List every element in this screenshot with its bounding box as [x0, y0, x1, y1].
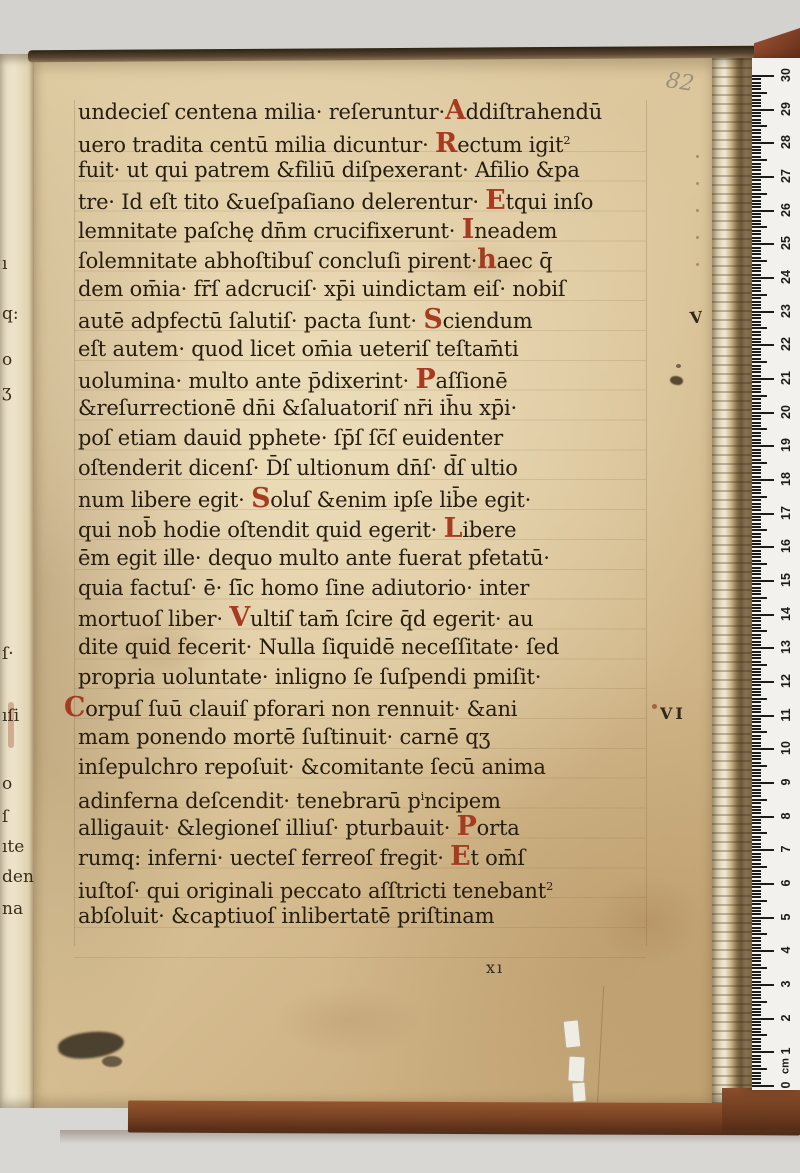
- ruler-mm-tick: [752, 910, 761, 912]
- ruler-mm-tick: [752, 368, 761, 370]
- ruler-mm-tick: [752, 1014, 761, 1016]
- ruler-cm-tick: [752, 1085, 774, 1087]
- edge-fragment: o: [2, 774, 12, 794]
- ruler-mm-tick: [752, 351, 761, 353]
- ruler-mm-tick: [752, 641, 761, 643]
- ruler-mm-tick: [752, 890, 761, 892]
- line-text: lemnitate paſchę dn̄m crucifixerunt·: [78, 219, 462, 243]
- ruler-mm-tick: [752, 684, 761, 686]
- line-text: aec q̄: [497, 249, 553, 273]
- ruler-mm-tick: [752, 832, 767, 834]
- ruler-mm-tick: [752, 290, 761, 292]
- ruler-mm-tick: [752, 519, 761, 521]
- ruler-mm-tick: [752, 223, 761, 225]
- ruler-mm-tick: [752, 516, 761, 518]
- line-text: iuſtoſ· qui originali peccato aſſtricti …: [78, 879, 546, 903]
- manuscript-photo: ıq:oʒſ·ıſioſıtedenna undecieſ centena mi…: [0, 0, 800, 1173]
- edge-fragment: ſ: [2, 807, 8, 827]
- ruler-mm-tick: [752, 866, 767, 868]
- parchment-crease: [597, 986, 604, 1108]
- margin-mark-v: V: [689, 307, 703, 327]
- ruler-mm-tick: [752, 967, 767, 969]
- line-text: ēm egit ille· dequo multo ante fuerat pf…: [78, 546, 550, 570]
- manuscript-line: quia factuſ· ē· ſīc homo ſine adiutorio·…: [78, 574, 658, 604]
- ruler-mm-tick: [752, 920, 761, 922]
- ruler-mm-tick: [752, 1082, 761, 1084]
- edge-fragment: ſ·: [2, 644, 14, 664]
- ruler-mm-tick: [752, 442, 761, 444]
- ruler-mm-tick: [752, 435, 761, 437]
- ruler-mm-tick: [752, 627, 761, 629]
- ruler-mm-tick: [752, 947, 761, 949]
- manuscript-line: uero tradita centū milia dicuntur· Rectu…: [78, 126, 658, 156]
- ruler-mm-tick: [752, 997, 761, 999]
- ruler-mm-tick: [752, 1021, 761, 1023]
- ruler-mm-tick: [752, 529, 767, 531]
- line-text: dem om̄ia· fr̄ſ adcruciſ· xp̄i uindictam…: [78, 277, 565, 301]
- ruler-mm-tick: [752, 115, 761, 117]
- ruler-mm-tick: [752, 391, 761, 393]
- ruler-mm-tick: [752, 752, 761, 754]
- line-text: ibere: [462, 518, 516, 542]
- line-text: abſoluit· &captiuoſ inlibertatē priſtina…: [78, 904, 494, 928]
- rubricated-initial: P: [415, 364, 435, 395]
- ruler-mm-tick: [752, 765, 767, 767]
- ruler-mm-tick: [752, 1041, 761, 1043]
- line-text: qui nob̄ hodie oſtendit quid egerit·: [78, 518, 444, 542]
- manuscript-line: fuit· ut qui patrem &filiū diſpexerant· …: [78, 156, 658, 186]
- leather-cover-top: [754, 28, 800, 62]
- ruler-mm-tick: [752, 758, 761, 760]
- ruler-mm-tick: [752, 280, 761, 282]
- ruler-mm-tick: [752, 1058, 761, 1060]
- ruler-mm-tick: [752, 624, 761, 626]
- ruler-mm-tick: [752, 856, 761, 858]
- ruler-mm-tick: [752, 826, 761, 828]
- ruler-mm-tick: [752, 189, 761, 191]
- ruler-mm-tick: [752, 439, 761, 441]
- ruler-mm-tick: [752, 152, 761, 154]
- manuscript-line: propria uoluntate· inligno ſe ſuſpendi p…: [78, 663, 658, 693]
- ruler-mm-tick: [752, 499, 761, 501]
- line-text: tqui inſo: [506, 190, 594, 214]
- ruler-mm-tick: [752, 132, 761, 134]
- ruler-mm-tick: [752, 1061, 761, 1063]
- ruler-mm-tick: [752, 913, 761, 915]
- ruler-mm-tick: [752, 587, 761, 589]
- ruler-mm-tick: [752, 829, 761, 831]
- edge-fragment: ıſi: [2, 706, 19, 726]
- ruler-mm-tick: [752, 937, 761, 939]
- ruler-number: 30: [779, 60, 793, 90]
- manuscript-line: dite quid fecerit· Nulla ſiquidē neceſſi…: [78, 633, 658, 663]
- line-text: propria uoluntate· inligno ſe ſuſpendi p…: [78, 665, 541, 689]
- ruler-unit-label: cm: [780, 1051, 793, 1081]
- rubricated-initial: h: [477, 244, 496, 275]
- line-text: undecieſ centena milia· reſeruntur·: [78, 100, 445, 124]
- ruler-mm-tick: [752, 425, 761, 427]
- ruler-mm-tick: [752, 206, 761, 208]
- ruler-mm-tick: [752, 354, 761, 356]
- ruler-mm-tick: [752, 971, 761, 973]
- ruler-cm-tick: [752, 344, 774, 346]
- line-text: quia factuſ· ē· ſīc homo ſine adiutorio·…: [78, 576, 529, 600]
- ruler-mm-tick: [752, 466, 761, 468]
- pricking-hole: [696, 182, 699, 185]
- ruler-mm-tick: [752, 203, 761, 205]
- ruler-mm-tick: [752, 1001, 767, 1003]
- ruling-vertical-left: [74, 100, 75, 946]
- ink-smudge-small: [676, 364, 681, 368]
- manuscript-line: mortuoſ liber· Vultiſ tam̄ ſcire q̄d ege…: [78, 603, 658, 633]
- ruler-mm-tick: [752, 452, 761, 454]
- ruler-mm-tick: [752, 230, 761, 232]
- ruler-mm-tick: [752, 668, 761, 670]
- ruler-mm-tick: [752, 957, 761, 959]
- ruler-mm-tick: [752, 923, 761, 925]
- line-text: adinferna deſcendit· tenebrarū p: [78, 789, 421, 813]
- ruler-mm-tick: [752, 264, 761, 266]
- ruler-mm-tick: [752, 92, 767, 94]
- ruler-mm-tick: [752, 678, 761, 680]
- rubricated-initial: A: [445, 95, 466, 126]
- line-text: mam ponendo mortē ſuſtinuit· carnē qʒ: [78, 725, 490, 749]
- ruler-number: 15: [779, 565, 793, 595]
- ruler-mm-tick: [752, 540, 761, 542]
- margin-red-dot: [652, 704, 657, 709]
- ruler-mm-tick: [752, 317, 761, 319]
- ruler-mm-tick: [752, 553, 761, 555]
- ruler-mm-tick: [752, 159, 767, 161]
- ruler-mm-tick: [752, 819, 761, 821]
- ruler-mm-tick: [752, 85, 761, 87]
- ruler-mm-tick: [752, 331, 761, 333]
- ruler-mm-tick: [752, 731, 767, 733]
- ruler-mm-tick: [752, 634, 761, 636]
- ruler-mm-tick: [752, 338, 761, 340]
- ruler-mm-tick: [752, 146, 761, 148]
- ruler-cm-tick: [752, 984, 774, 986]
- repair-chip: [563, 1019, 582, 1049]
- ruler-cm-tick: [752, 176, 774, 178]
- ruler-mm-tick: [752, 314, 761, 316]
- ruler-mm-tick: [752, 247, 761, 249]
- ruler-mm-tick: [752, 102, 761, 104]
- line-text: autē adpfectū ſalutiſ· pacta ſunt·: [78, 309, 423, 333]
- line-text: oluſ &enim ipſe lib̄e egit·: [270, 488, 531, 512]
- line-text: t om̄ſ: [470, 846, 524, 870]
- line-text: rumq: inferni· uecteſ ferreoſ fregit·: [78, 846, 450, 870]
- ruler-mm-tick: [752, 179, 761, 181]
- ruler-mm-tick: [752, 503, 761, 505]
- edge-fragment: ı: [2, 254, 7, 274]
- ruler-mm-tick: [752, 492, 761, 494]
- ruler-mm-tick: [752, 240, 761, 242]
- ruler-mm-tick: [752, 896, 761, 898]
- ruler-number: 12: [779, 666, 793, 696]
- ruler-mm-tick: [752, 186, 761, 188]
- ruler-mm-tick: [752, 661, 761, 663]
- manuscript-line: inſepulchro repoſuit· &comitante ſecū an…: [78, 753, 658, 783]
- ruler-mm-tick: [752, 105, 761, 107]
- line-text: fuit· ut qui patrem &filiū diſpexerant· …: [78, 158, 580, 182]
- ruler-mm-tick: [752, 365, 761, 367]
- ruler-mm-tick: [752, 927, 761, 929]
- ruler-mm-tick: [752, 873, 761, 875]
- ruler-cm-tick: [752, 75, 774, 77]
- quire-mark: xı: [486, 958, 504, 977]
- ruler-mm-tick: [752, 604, 761, 606]
- rubricated-initial: E: [450, 841, 470, 872]
- ruler-mm-tick: [752, 735, 761, 737]
- edge-fragment: q:: [2, 304, 19, 324]
- ruler-mm-tick: [752, 1078, 761, 1080]
- ruler-mm-tick: [752, 688, 761, 690]
- ink-smudge: [669, 374, 684, 387]
- ruler-mm-tick: [752, 607, 761, 609]
- ruler-mm-tick: [752, 173, 761, 175]
- ruler-mm-tick: [752, 809, 761, 811]
- ruler-mm-tick: [752, 853, 761, 855]
- book-fore-edge: [712, 52, 756, 1104]
- ruler-mm-tick: [752, 779, 761, 781]
- ruler-cm-tick: [752, 816, 774, 818]
- superscript-abbreviation: 2: [563, 133, 570, 147]
- ruler-mm-tick: [752, 233, 761, 235]
- ruler-mm-tick: [752, 1008, 761, 1010]
- line-text: uero tradita centū milia dicuntur·: [78, 133, 435, 157]
- pricking-hole: [696, 236, 699, 239]
- ruler-cm-tick: [752, 378, 774, 380]
- ruler-mm-tick: [752, 301, 761, 303]
- line-text: mortuoſ liber·: [78, 607, 229, 631]
- ruler-mm-tick: [752, 651, 761, 653]
- line-text: aſſionē: [436, 369, 508, 393]
- ruler-mm-tick: [752, 1055, 761, 1057]
- ruler-mm-tick: [752, 1065, 761, 1067]
- ruler-mm-tick: [752, 617, 761, 619]
- rubricated-initial: E: [485, 185, 505, 216]
- ruler-mm-tick: [752, 408, 761, 410]
- ruler-cm-tick: [752, 210, 774, 212]
- ruler-mm-tick: [752, 590, 761, 592]
- ruler-mm-tick: [752, 577, 761, 579]
- line-text: orpuſ ſuū clauiſ pforari non rennuit· &a…: [85, 697, 517, 721]
- line-text: ectum igit: [457, 133, 563, 157]
- ruler-mm-tick: [752, 556, 761, 558]
- ruler-mm-tick: [752, 725, 761, 727]
- ruler-mm-tick: [752, 348, 761, 350]
- ruler-mm-tick: [752, 1068, 767, 1070]
- ruler-mm-tick: [752, 250, 761, 252]
- book-shadow: [60, 1130, 800, 1144]
- ruler-number: 25: [779, 228, 793, 258]
- manuscript-line: autē adpfectū ſalutiſ· pacta ſunt· Scien…: [78, 305, 658, 335]
- ruler-mm-tick: [752, 728, 761, 730]
- edge-fragment: na: [2, 899, 23, 919]
- ruler-mm-tick: [752, 486, 761, 488]
- ruler-number: 29: [779, 94, 793, 124]
- ruler-mm-tick: [752, 274, 761, 276]
- ruler-mm-tick: [752, 418, 761, 420]
- ruler-mm-tick: [752, 119, 761, 121]
- line-text: &reſurrectionē dn̄i &ſaluatoriſ nr̄i ih̄…: [78, 396, 517, 420]
- ruler-cm-tick: [752, 277, 774, 279]
- ruler-mm-tick: [752, 1011, 761, 1013]
- ruler-mm-tick: [752, 472, 761, 474]
- ruler-cm-tick: [752, 883, 774, 885]
- ruler-mm-tick: [752, 843, 761, 845]
- ruler-mm-tick: [752, 859, 761, 861]
- ruler-number: 10: [779, 733, 793, 763]
- manuscript-line: dem om̄ia· fr̄ſ adcruciſ· xp̄i uindictam…: [78, 275, 658, 305]
- ruler-number: 2: [779, 1003, 793, 1033]
- superscript-abbreviation: 2: [546, 879, 553, 893]
- edge-fragment: den: [2, 867, 34, 887]
- ruler-mm-tick: [752, 745, 761, 747]
- ruler-mm-tick: [752, 1075, 761, 1077]
- ruler-cm-tick: [752, 513, 774, 515]
- ruler-mm-tick: [752, 570, 761, 572]
- ruler-mm-tick: [752, 99, 761, 101]
- ruler-mm-tick: [752, 129, 761, 131]
- ruler-mm-tick: [752, 654, 761, 656]
- ruler-mm-tick: [752, 977, 761, 979]
- ruler-mm-tick: [752, 991, 761, 993]
- margin-mark-vi: VI: [660, 704, 686, 723]
- ruler-mm-tick: [752, 876, 761, 878]
- ruler-mm-tick: [752, 415, 761, 417]
- ruler-mm-tick: [752, 630, 767, 632]
- ruler-mm-tick: [752, 785, 761, 787]
- ruler-cm-tick: [752, 109, 774, 111]
- ruler-mm-tick: [752, 795, 761, 797]
- ruler-mm-tick: [752, 711, 761, 713]
- ruler-mm-tick: [752, 220, 761, 222]
- text-block: undecieſ centena milia· reſeruntur·Addiſ…: [78, 96, 658, 932]
- line-text: neadem: [474, 219, 557, 243]
- line-text: ncipem: [424, 789, 501, 813]
- ruler-mm-tick: [752, 974, 761, 976]
- ruler-cm-tick: [752, 681, 774, 683]
- ruler-mm-tick: [752, 762, 761, 764]
- ruler-mm-tick: [752, 674, 761, 676]
- ruler-mm-tick: [752, 907, 761, 909]
- pricking-hole: [696, 263, 699, 266]
- ruler-mm-tick: [752, 398, 761, 400]
- ruler-cm-tick: [752, 412, 774, 414]
- ink-blot-small: [102, 1056, 122, 1067]
- line-text: poſ etiam dauid pphete· ſp̄ſ ſc̄ſ euiden…: [78, 426, 503, 450]
- ruler-mm-tick: [752, 193, 767, 195]
- manuscript-page: undecieſ centena milia· reſeruntur·Addiſ…: [34, 56, 714, 1108]
- ruler-mm-tick: [752, 755, 761, 757]
- ruler-mm-tick: [752, 644, 761, 646]
- ruler-mm-tick: [752, 536, 761, 538]
- ruler-mm-tick: [752, 496, 767, 498]
- ruler-mm-tick: [752, 260, 767, 262]
- manuscript-line: adinferna deſcendit· tenebrarū pincipem: [78, 782, 658, 812]
- line-text: oſtenderit dicenſ· D̄ſ ultionum dn̄ſ· d̄…: [78, 456, 518, 480]
- ruler-cm-tick: [752, 917, 774, 919]
- manuscript-line: alligauit· &legioneſ illiuſ· pturbauit· …: [78, 812, 658, 842]
- ruler-mm-tick: [752, 593, 761, 595]
- ruler-mm-tick: [752, 880, 761, 882]
- ruler-mm-tick: [752, 789, 761, 791]
- manuscript-line: eſt autem· quod licet om̄ia ueteriſ teſt…: [78, 335, 658, 365]
- ruler-mm-tick: [752, 476, 761, 478]
- pricking-hole: [696, 155, 699, 158]
- rubricated-initial: R: [435, 128, 457, 159]
- line-text: ultiſ tam̄ ſcire q̄d egerit· au: [250, 607, 533, 631]
- ruler-cm-tick: [752, 715, 774, 717]
- ruler-mm-tick: [752, 738, 761, 740]
- ruler-mm-tick: [752, 294, 767, 296]
- ruler-cm-tick: [752, 849, 774, 851]
- ruler-mm-tick: [752, 267, 761, 269]
- ruler-mm-tick: [752, 297, 761, 299]
- ruler-mm-tick: [752, 1072, 761, 1074]
- ruler-cm-tick: [752, 1051, 774, 1053]
- manuscript-line: oſtenderit dicenſ· D̄ſ ultionum dn̄ſ· d̄…: [78, 454, 658, 484]
- ruler-mm-tick: [752, 870, 761, 872]
- ruler-cm-tick: [752, 580, 774, 582]
- ruler-mm-tick: [752, 395, 767, 397]
- ruler-mm-tick: [752, 226, 767, 228]
- ruler-cm-tick: [752, 782, 774, 784]
- ruler-mm-tick: [752, 482, 761, 484]
- ruler-mm-tick: [752, 600, 761, 602]
- ruler-mm-tick: [752, 169, 761, 171]
- line-text: inſepulchro repoſuit· &comitante ſecū an…: [78, 755, 546, 779]
- ruler-mm-tick: [752, 163, 761, 165]
- ruler-mm-tick: [752, 402, 761, 404]
- ruler-mm-tick: [752, 200, 761, 202]
- manuscript-line: lemnitate paſchę dn̄m crucifixerunt· Ine…: [78, 215, 658, 245]
- ruler-mm-tick: [752, 196, 761, 198]
- ruler-mm-tick: [752, 469, 761, 471]
- manuscript-line: uolumina· multo ante p̄dixerint· Paſſion…: [78, 365, 658, 395]
- edge-fragment: o: [2, 350, 12, 370]
- ruler-number: 14: [779, 599, 793, 629]
- ruler-number: 18: [779, 464, 793, 494]
- manuscript-line: Corpuſ ſuū clauiſ pforari non rennuit· &…: [64, 693, 658, 723]
- ruler-mm-tick: [752, 526, 761, 528]
- line-text: orta: [477, 816, 520, 840]
- ruler-mm-tick: [752, 237, 761, 239]
- ruler-mm-tick: [752, 567, 761, 569]
- ruler-number: 16: [779, 531, 793, 561]
- ruler-mm-tick: [752, 1034, 767, 1036]
- ruler-number: 28: [779, 127, 793, 157]
- ruler-mm-tick: [752, 550, 761, 552]
- ruler-mm-tick: [752, 863, 761, 865]
- ruler-cm-tick: [752, 311, 774, 313]
- repair-chip: [567, 1056, 585, 1083]
- ruler-mm-tick: [752, 139, 761, 141]
- manuscript-line: rumq: inferni· uecteſ ferreoſ fregit· Et…: [78, 842, 658, 872]
- ruler-mm-tick: [752, 994, 761, 996]
- ruler-number: 9: [779, 767, 793, 797]
- ruler-cm-tick: [752, 243, 774, 245]
- ruler-number: 3: [779, 969, 793, 999]
- rubricated-initial: S: [423, 304, 442, 335]
- ruler-mm-tick: [752, 1045, 761, 1047]
- ruler-mm-tick: [752, 253, 761, 255]
- ruler-mm-tick: [752, 543, 761, 545]
- ruler-mm-tick: [752, 886, 761, 888]
- ruler-mm-tick: [752, 799, 767, 801]
